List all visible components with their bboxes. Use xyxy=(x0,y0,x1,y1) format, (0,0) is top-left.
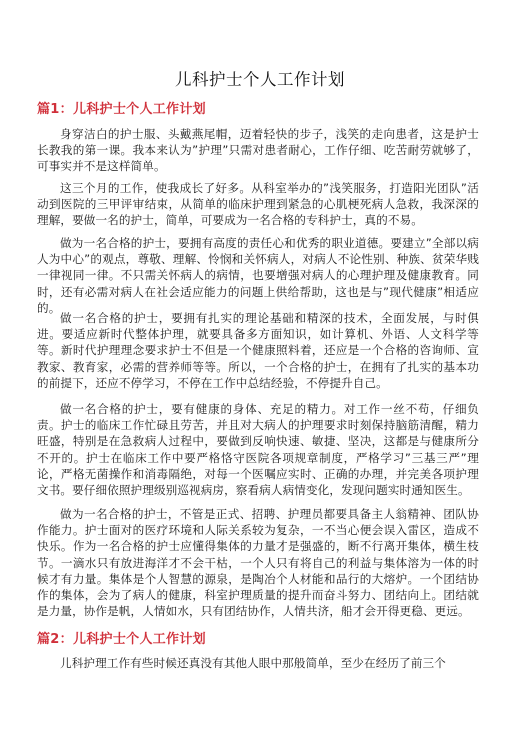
document-title: 儿科护士个人工作计划 xyxy=(0,66,520,90)
paragraph: 做为一名合格的护士，要拥有高度的责任心和优秀的职业道德。要建立”全部以病人为中心… xyxy=(37,235,479,316)
paragraph: 做一名合格的护士，要拥有扎实的理论基础和精深的技术，全面发展，与时俱进。要适应新… xyxy=(37,310,479,391)
section-heading-1: 篇1：儿科护士个人工作计划 xyxy=(37,98,206,117)
paragraph: 儿科护理工作有些时候还真没有其他人眼中那般简单，至少在经历了前三个 xyxy=(37,655,479,671)
paragraph: 做一名合格的护士，要有健康的身体、充足的精力。对工作一丝不苟，仔细负责。护士的临… xyxy=(37,401,479,498)
section-heading-2: 篇2：儿科护士个人工作计划 xyxy=(37,628,206,647)
paragraph: 这三个月的工作，使我成长了好多。从科室举办的”浅笑服务，打造阳光团队”活动到医院… xyxy=(37,180,479,229)
paragraph: 做为一名合格的护士，不管是正式、招聘、护理员都要具备主人翁精神、团队协作能力。护… xyxy=(37,506,479,619)
paragraph: 身穿洁白的护士服、头戴燕尾帽，迈着轻快的步子，浅笑的走向患者，这是护士长教我的第… xyxy=(37,126,479,175)
